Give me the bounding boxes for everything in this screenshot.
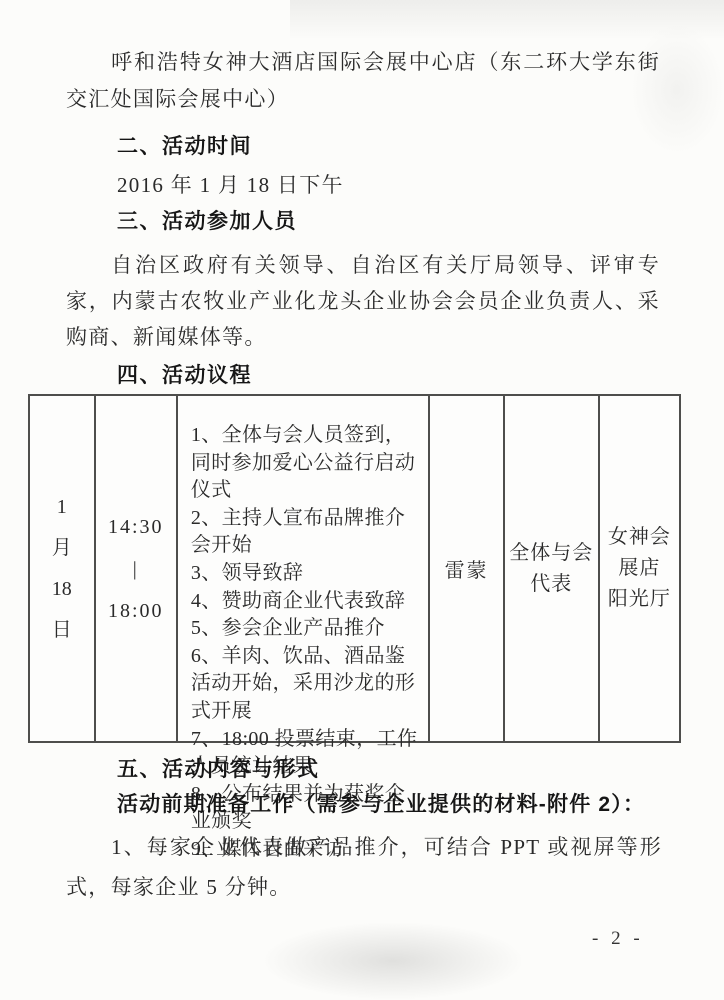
venue-paragraph: 呼和浩特女神大酒店国际会展中心店（东二环大学东街交汇处国际会展中心） <box>66 44 660 118</box>
agenda-host-text: 雷蒙 <box>445 554 489 583</box>
scan-artifact-bottom <box>262 922 524 1000</box>
page-number: - 2 - <box>592 928 644 950</box>
agenda-host-cell: 雷蒙 <box>430 396 504 741</box>
format-item-1: 1、每家企业代表做产品推介，可结合 PPT 或视屏等形式，每家企业 5 分钟。 <box>66 827 662 907</box>
event-time-text: 2016 年 1 月 18 日下午 <box>117 167 344 204</box>
agenda-item: 3、领导致辞 <box>191 560 421 588</box>
section-heading-format: 五、活动内容与形式 <box>117 753 320 783</box>
agenda-location-cell: 女神会 展店 阳光厅 <box>600 396 679 741</box>
section-heading-participants: 三、活动参加人员 <box>117 205 297 235</box>
agenda-attendees-cell: 全体与会 代表 <box>505 396 600 741</box>
document-page: 呼和浩特女神大酒店国际会展中心店（东二环大学东街交汇处国际会展中心） 二、活动时… <box>0 0 724 1000</box>
agenda-time-cell: 14:30 | 18:00 <box>96 396 178 741</box>
agenda-location-text: 女神会 展店 阳光厅 <box>608 522 671 615</box>
section-heading-agenda: 四、活动议程 <box>117 359 252 389</box>
agenda-attendees-text: 全体与会 代表 <box>509 538 593 600</box>
agenda-items-cell: 1、全体与会人员签到，同时参加爱心公益行启动仪式2、主持人宣布品牌推介会开始3、… <box>178 396 431 741</box>
agenda-item: 5、参会企业产品推介 <box>191 615 421 643</box>
agenda-item: 1、全体与会人员签到，同时参加爱心公益行启动仪式 <box>191 422 421 505</box>
participants-paragraph: 自治区政府有关领导、自治区有关厅局领导、评审专家，内蒙古农牧业产业化龙头企业协会… <box>66 247 660 355</box>
agenda-date-cell: 1 月 18 日 <box>30 396 96 741</box>
agenda-table: 1 月 18 日 14:30 | 18:00 1、全体与会人员签到，同时参加爱心… <box>28 394 681 743</box>
agenda-item: 4、赞助商企业代表致辞 <box>191 588 421 616</box>
agenda-item: 6、羊肉、饮品、酒品鉴活动开始，采用沙龙的形式开展 <box>191 643 421 726</box>
section-heading-time: 二、活动时间 <box>117 130 252 160</box>
agenda-item: 2、主持人宣布品牌推介会开始 <box>191 505 421 560</box>
preparation-subheading: 活动前期准备工作（需参与企业提供的材料-附件 2）： <box>117 788 645 818</box>
agenda-date-text: 1 月 18 日 <box>52 487 72 651</box>
scan-artifact-top <box>290 0 724 40</box>
agenda-time-text: 14:30 | 18:00 <box>108 506 164 632</box>
